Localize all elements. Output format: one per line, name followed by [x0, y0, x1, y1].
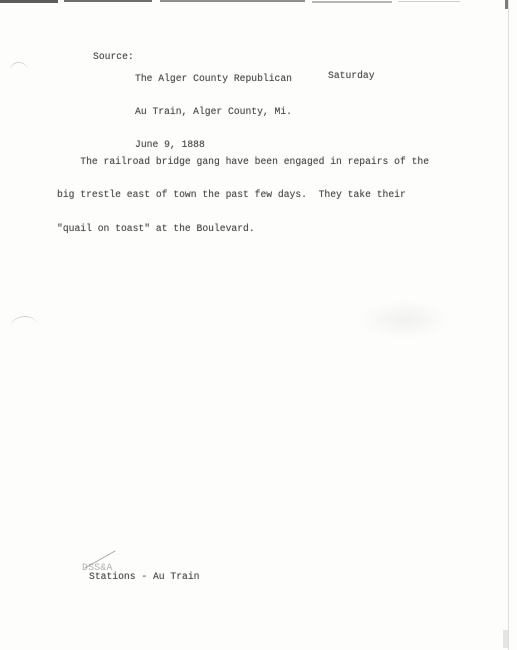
scan-artifact-top-edge	[398, 1, 460, 2]
scan-artifact-top-edge	[312, 1, 392, 3]
scan-artifact-top-edge	[64, 0, 152, 2]
pencil-strike-mark	[80, 548, 124, 572]
margin-arc-mark	[10, 315, 39, 328]
station-category-label: Stations - Au Train	[89, 571, 199, 582]
paper-smudge	[360, 300, 450, 340]
scan-artifact-top-edge	[0, 0, 58, 3]
article-paragraph: The railroad bridge gang have been engag…	[57, 133, 429, 257]
publication-location: Au Train, Alger County, Mi.	[135, 106, 292, 117]
margin-arc-mark	[9, 61, 29, 73]
scan-artifact-right-seam	[508, 0, 509, 650]
scan-artifact-top-right-corner	[505, 0, 509, 9]
article-line: big trestle east of town the past few da…	[57, 189, 429, 200]
article-line: "quail on toast" at the Boulevard.	[57, 223, 429, 234]
scanned-document-page: Source: The Alger County Republican Au T…	[0, 0, 517, 650]
source-label: Source:	[93, 51, 134, 62]
article-line: The railroad bridge gang have been engag…	[57, 156, 429, 167]
scan-artifact-top-edge	[160, 0, 305, 2]
publication-name: The Alger County Republican	[135, 73, 292, 84]
weekday-label: Saturday	[328, 70, 375, 81]
scan-artifact-bottom-right-corner	[503, 630, 508, 648]
